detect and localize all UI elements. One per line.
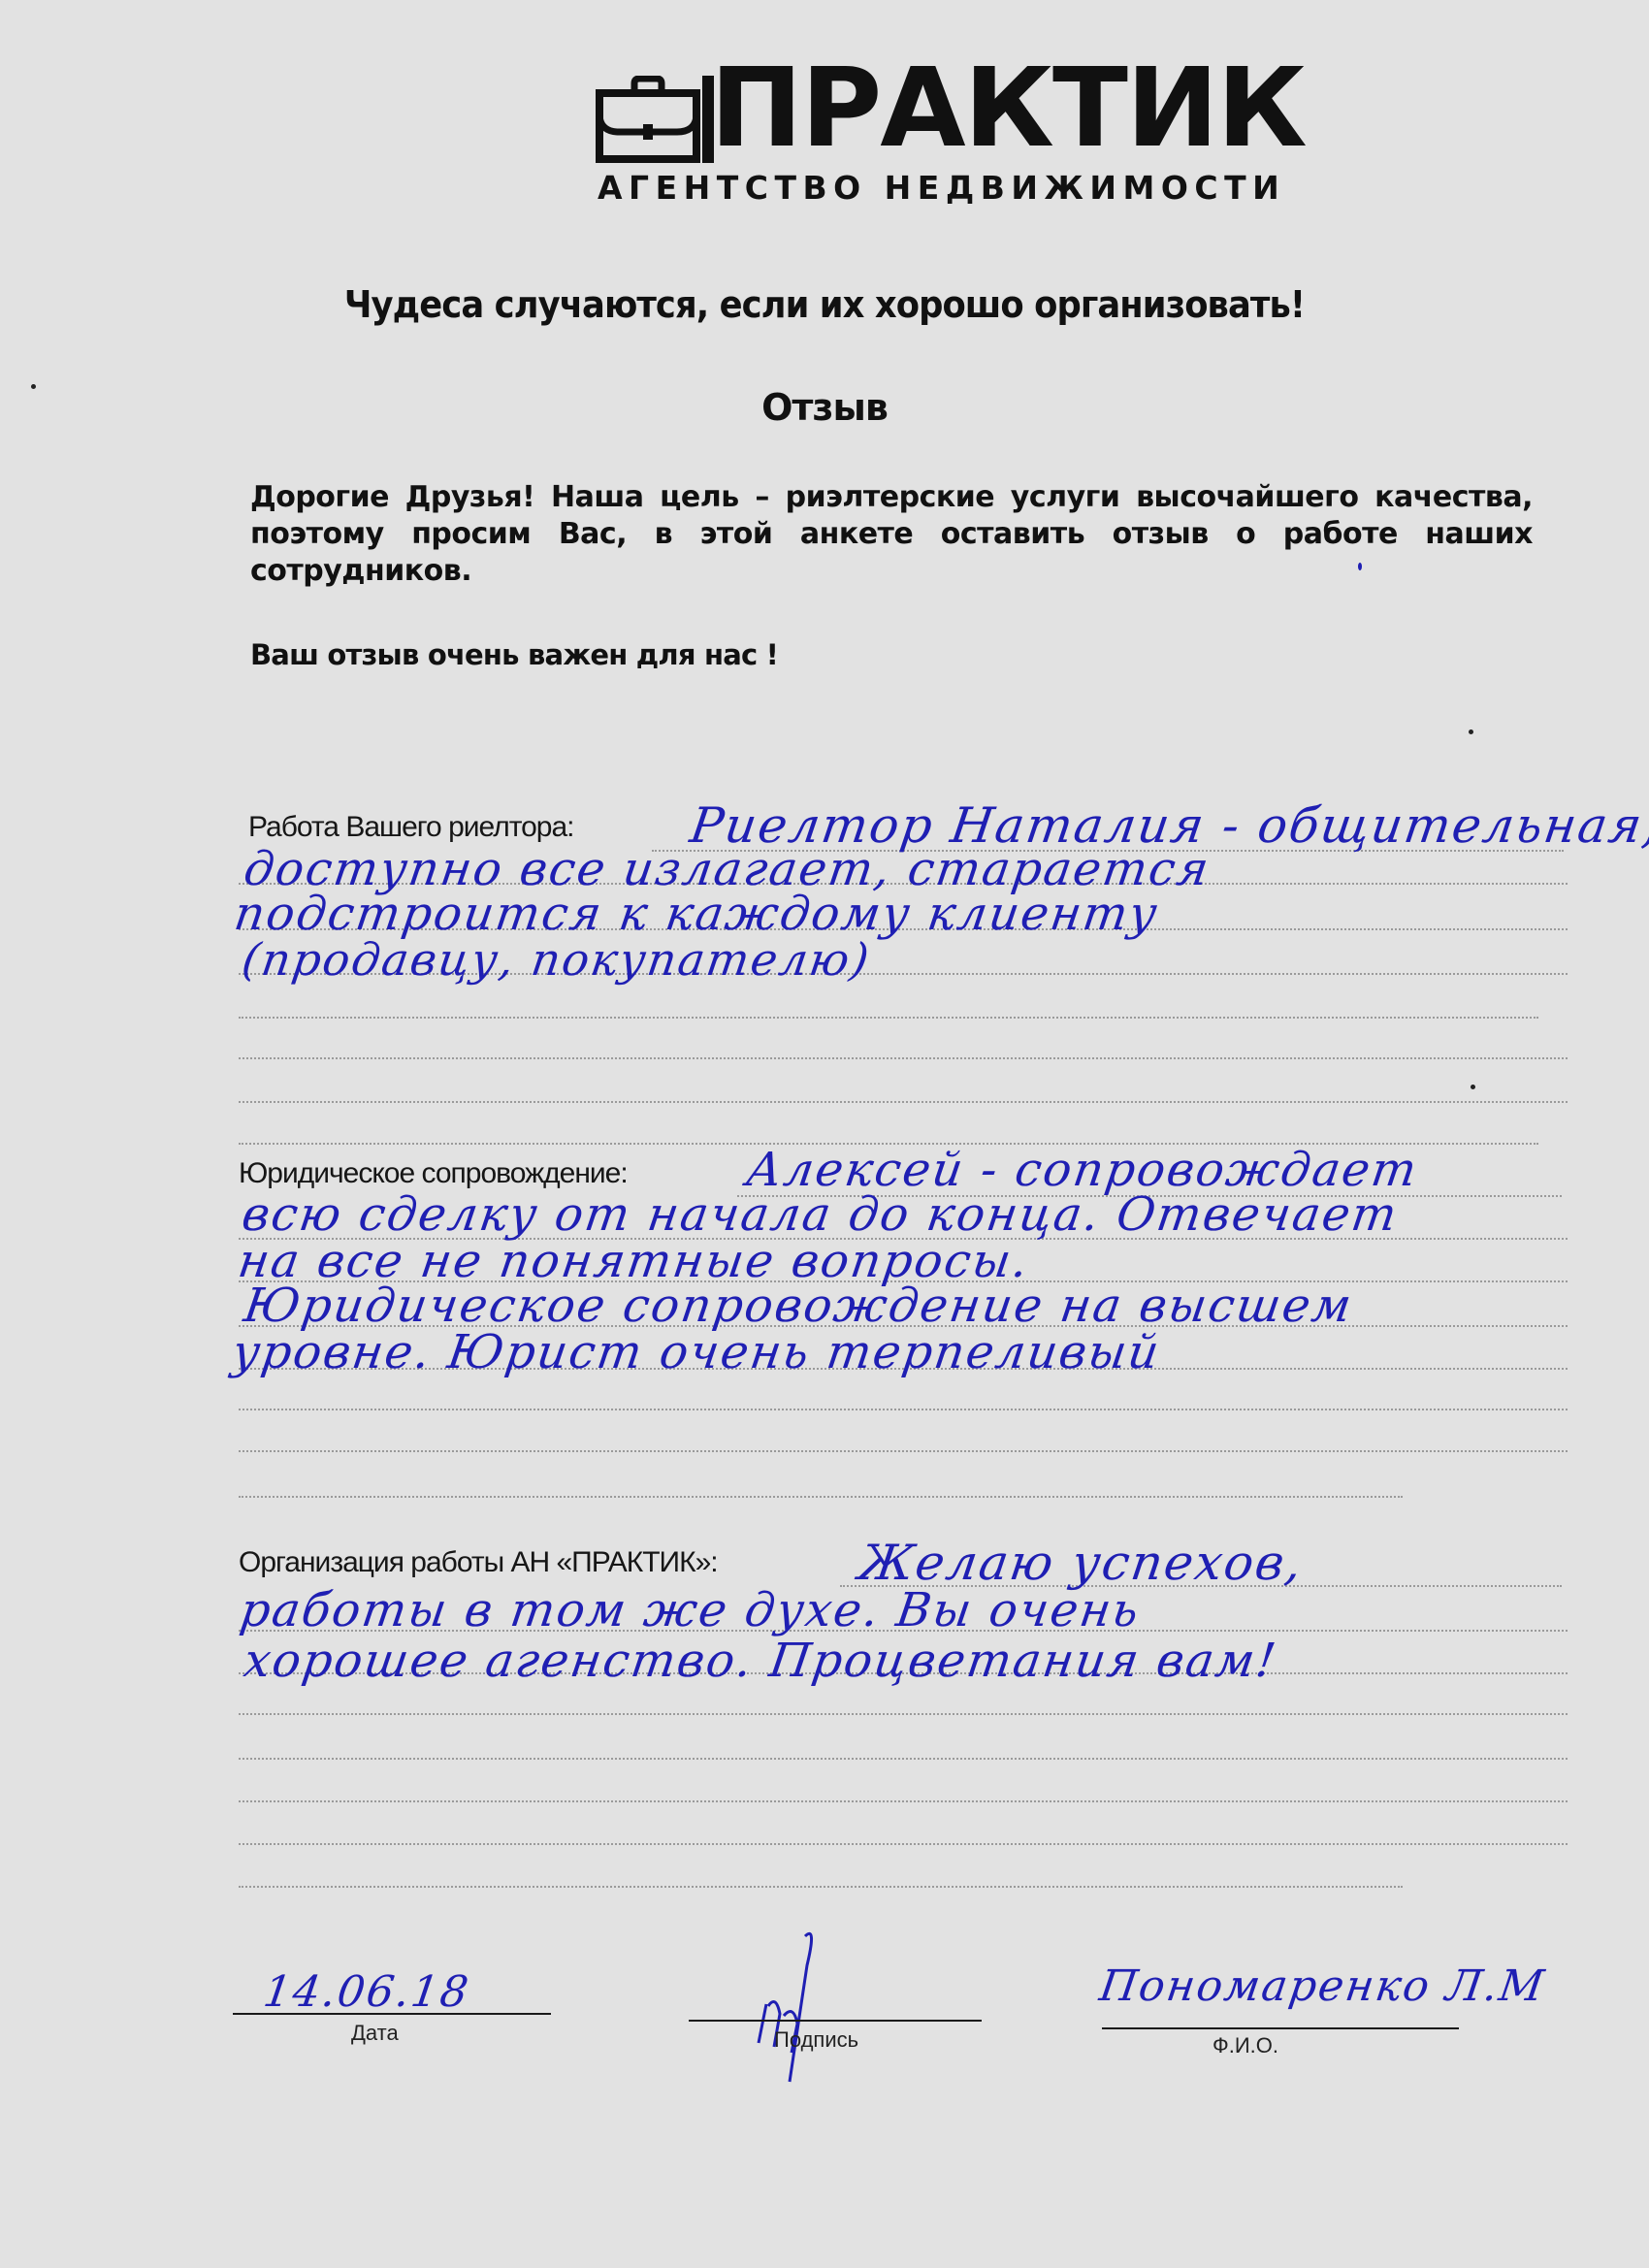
slogan: Чудеса случаются, если их хорошо организ… — [58, 283, 1592, 326]
handwritten-answer-line: Алексей - сопровождает — [744, 1147, 1421, 1193]
intro-text: Дорогие Друзья! Наша цель – риэлтерские … — [250, 479, 1533, 590]
handwritten-answer-line: уровне. Юрист очень терпеливый — [230, 1329, 1164, 1376]
answer-line — [239, 1713, 1568, 1715]
answer-line — [239, 1057, 1568, 1059]
handwritten-answer-line: работы в том же духе. Вы очень — [238, 1587, 1144, 1634]
signature-label: Подпись — [774, 2027, 858, 2053]
scan-speck — [1358, 563, 1362, 570]
section-label: Юридическое сопровождение: — [239, 1157, 628, 1190]
section-label: Работа Вашего риелтора: — [248, 811, 574, 844]
date-label: Дата — [351, 2021, 399, 2046]
handwritten-answer-line: Желаю успехов, — [856, 1539, 1306, 1587]
answer-line — [239, 1800, 1568, 1802]
scan-speck — [1469, 729, 1473, 734]
signature-scribble-icon — [747, 1927, 863, 2091]
handwritten-answer-line: подстроится к каждому клиенту — [232, 891, 1162, 937]
answer-line — [239, 1758, 1568, 1760]
handwritten-answer-line: всю сделку от начала до конца. Отвечает — [240, 1191, 1402, 1238]
date-value: 14.06.18 — [261, 1971, 472, 2014]
answer-line — [239, 1409, 1568, 1410]
full-name-label: Ф.И.О. — [1212, 2033, 1278, 2058]
full-name-value: Пономаренко Л.М — [1097, 1965, 1548, 2008]
handwritten-answer-line: хорошее агенство. Процветания вам! — [242, 1637, 1280, 1684]
logo-name: ПРАКТИК — [710, 54, 1306, 163]
answer-line — [239, 1450, 1568, 1452]
full-name-line — [1102, 2027, 1459, 2029]
answer-line — [239, 1886, 1403, 1888]
answer-line — [239, 1496, 1403, 1498]
handwritten-answer-line: (продавцу, покупателю) — [240, 937, 874, 982]
answer-line — [239, 1101, 1568, 1103]
handwritten-answer-line: на все не понятные вопросы. — [236, 1238, 1033, 1284]
section-label: Организация работы АН «ПРАКТИК»: — [239, 1546, 718, 1579]
scan-speck — [31, 384, 36, 389]
scan-speck — [1471, 1085, 1475, 1089]
answer-line — [239, 1843, 1568, 1845]
briefcase-icon — [596, 76, 700, 163]
intro-emphasis: Ваш отзыв очень важен для нас ! — [250, 638, 778, 671]
handwritten-answer-line: доступно все излагает, старается — [242, 846, 1213, 892]
answer-line — [239, 1017, 1538, 1019]
signature-line — [689, 2020, 982, 2022]
agency-logo: ПРАКТИК АГЕНТСТВО НЕДВИЖИМОСТИ — [596, 76, 1197, 202]
form-title: Отзыв — [0, 386, 1649, 429]
date-line — [233, 2013, 551, 2015]
handwritten-answer-line: Юридическое сопровождение на высшем — [242, 1282, 1356, 1329]
logo-subtitle: АГЕНТСТВО НЕДВИЖИМОСТИ — [598, 169, 1285, 207]
